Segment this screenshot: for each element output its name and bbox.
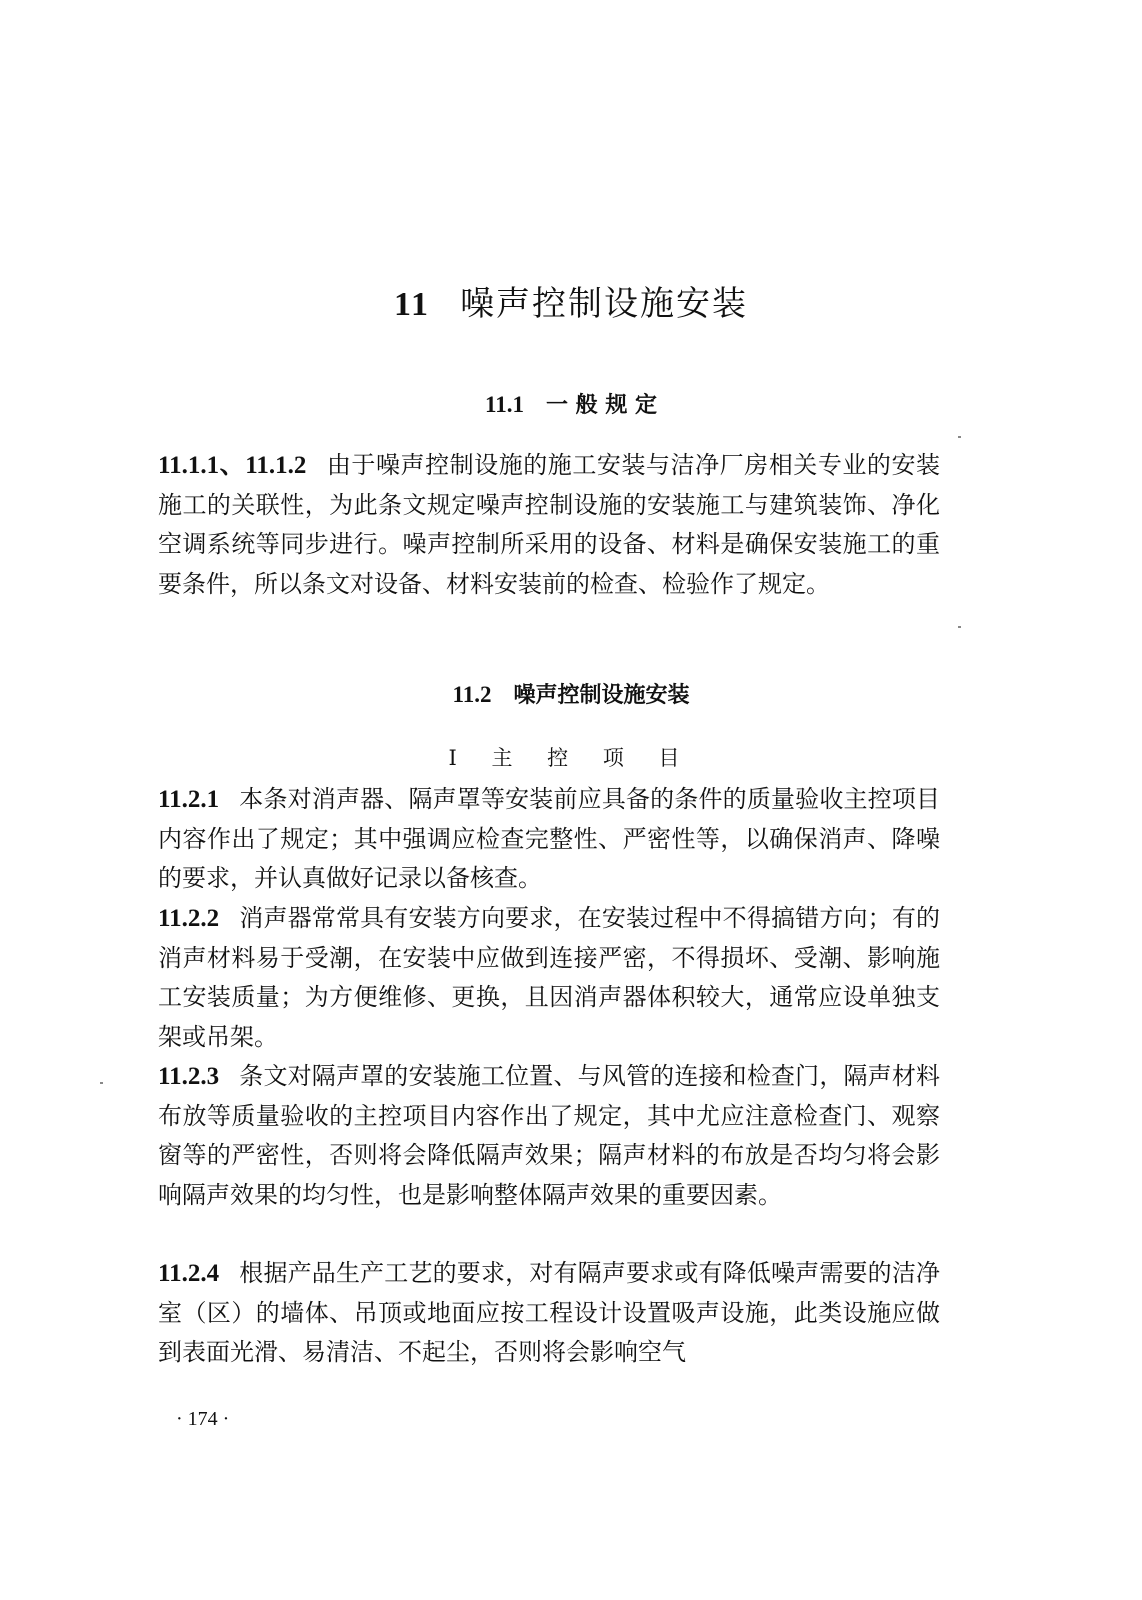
paragraph-11-2-2: 11.2.2消声器常常具有安装方向要求，在安装过程中不得搞错方向；有的消声材料易… bbox=[158, 899, 940, 1057]
paragraph-text: 根据产品生产工艺的要求，对有隔声要求或有降低噪声需要的洁净室（区）的墙体、吊顶或… bbox=[158, 1259, 940, 1366]
paragraph-11-1-1: 11.1.1、11.1.2由于噪声控制设施的施工安装与洁净厂房相关专业的安装施工… bbox=[158, 446, 940, 604]
chapter-title: 11噪声控制设施安装 bbox=[0, 276, 1142, 325]
subheading-main-control-items: Ⅰ 主 控 项 目 bbox=[0, 742, 1142, 772]
paragraph-text: 条文对隔声罩的安装施工位置、与风管的连接和检查门，隔声材料布放等质量验收的主控项… bbox=[158, 1062, 940, 1209]
scan-speck bbox=[958, 436, 961, 438]
section-title-text: 噪声控制设施安装 bbox=[513, 683, 689, 708]
clause-number: 11.1.1、11.1.2 bbox=[158, 452, 306, 479]
clause-number: 11.2.1 bbox=[158, 786, 219, 813]
clause-number: 11.2.3 bbox=[158, 1063, 219, 1090]
chapter-number: 11 bbox=[394, 286, 430, 323]
page-number: · 174 · bbox=[176, 1408, 229, 1431]
scan-speck bbox=[100, 1082, 103, 1084]
section-heading-11-2: 11.2噪声控制设施安装 bbox=[0, 678, 1142, 709]
clause-number: 11.2.2 bbox=[158, 905, 219, 932]
section-heading-11-1: 11.1一 般 规 定 bbox=[0, 388, 1142, 419]
section-number: 11.2 bbox=[453, 682, 492, 707]
document-page: 11噪声控制设施安装 11.1一 般 规 定 11.1.1、11.1.2由于噪声… bbox=[0, 0, 1142, 1600]
paragraph-11-2-3: 11.2.3条文对隔声罩的安装施工位置、与风管的连接和检查门，隔声材料布放等质量… bbox=[158, 1057, 940, 1215]
chapter-title-text: 噪声控制设施安装 bbox=[460, 284, 748, 324]
clause-number: 11.2.4 bbox=[158, 1260, 219, 1287]
section-title-text: 一 般 规 定 bbox=[546, 393, 657, 418]
paragraph-text: 消声器常常具有安装方向要求，在安装过程中不得搞错方向；有的消声材料易于受潮，在安… bbox=[158, 904, 940, 1051]
paragraph-11-2-1: 11.2.1本条对消声器、隔声罩等安装前应具备的条件的质量验收主控项目内容作出了… bbox=[158, 780, 940, 899]
scan-speck bbox=[958, 626, 961, 628]
section-number: 11.1 bbox=[485, 392, 524, 417]
paragraph-text: 本条对消声器、隔声罩等安装前应具备的条件的质量验收主控项目内容作出了规定；其中强… bbox=[158, 785, 940, 892]
paragraph-11-2-4: 11.2.4根据产品生产工艺的要求，对有隔声要求或有降低噪声需要的洁净室（区）的… bbox=[158, 1254, 940, 1373]
